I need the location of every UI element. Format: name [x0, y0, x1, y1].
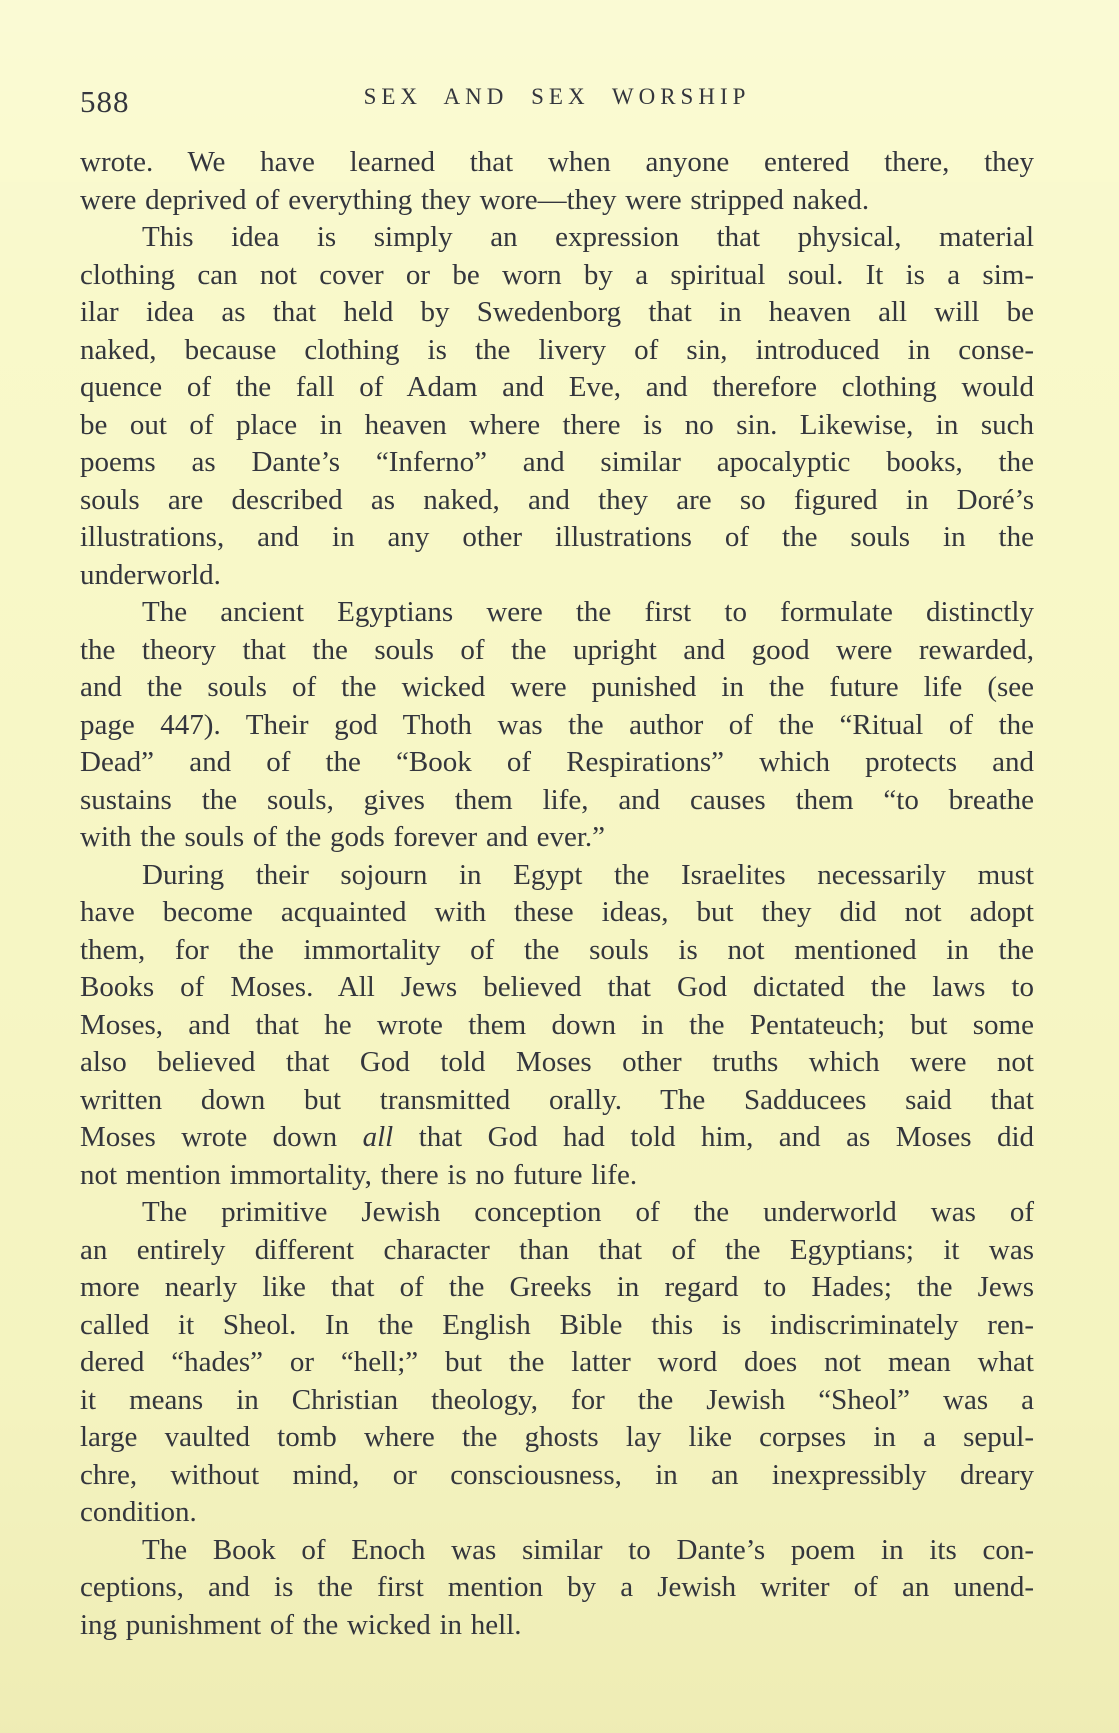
- text-line: quence of the fall of Adam and Eve, and …: [80, 369, 1034, 407]
- text-line: and the souls of the wicked were punishe…: [80, 669, 1034, 707]
- page-header: 588 SEX AND SEX WORSHIP: [80, 84, 1034, 122]
- text-line: chre, without mind, or consciousness, in…: [80, 1457, 1034, 1495]
- paragraph: wrote. We have learned that when anyone …: [80, 144, 1034, 219]
- text-line: with the souls of the gods forever and e…: [80, 819, 1034, 857]
- text-line: written down but transmitted orally. The…: [80, 1082, 1034, 1120]
- text-line: an entirely different character than tha…: [80, 1232, 1034, 1270]
- text-line: naked, because clothing is the livery of…: [80, 332, 1034, 370]
- text-line: wrote. We have learned that when anyone …: [80, 144, 1034, 182]
- text-line: During their sojourn in Egypt the Israel…: [80, 857, 1034, 895]
- text-line: ilar idea as that held by Swedenborg tha…: [80, 294, 1034, 332]
- text-line: the theory that the souls of the upright…: [80, 632, 1034, 670]
- text-line: poems as Dante’s “Inferno” and similar a…: [80, 444, 1034, 482]
- text-line: them, for the immortality of the souls i…: [80, 932, 1034, 970]
- text-line: not mention immortality, there is no fut…: [80, 1157, 1034, 1195]
- text-line: underworld.: [80, 557, 1034, 595]
- text-line: be out of place in heaven where there is…: [80, 407, 1034, 445]
- text-line: souls are described as naked, and they a…: [80, 482, 1034, 520]
- paragraph: During their sojourn in Egypt the Israel…: [80, 857, 1034, 1195]
- text-line: Moses wrote down all that God had told h…: [80, 1119, 1034, 1157]
- text-line: have become acquainted with these ideas,…: [80, 894, 1034, 932]
- text-line: ing punishment of the wicked in hell.: [80, 1607, 1034, 1645]
- running-title: SEX AND SEX WORSHIP: [80, 84, 1034, 110]
- paragraph: The primitive Jewish conception of the u…: [80, 1194, 1034, 1532]
- text-line: called it Sheol. In the English Bible th…: [80, 1307, 1034, 1345]
- paragraph: The Book of Enoch was similar to Dante’s…: [80, 1532, 1034, 1645]
- text-line: condition.: [80, 1494, 1034, 1532]
- text-line: large vaulted tomb where the ghosts lay …: [80, 1419, 1034, 1457]
- text-line: Books of Moses. All Jews believed that G…: [80, 969, 1034, 1007]
- text-line: illustrations, and in any other illustra…: [80, 519, 1034, 557]
- text-line: Dead” and of the “Book of Respirations” …: [80, 744, 1034, 782]
- book-page: 588 SEX AND SEX WORSHIP wrote. We have l…: [0, 0, 1119, 1733]
- text-line: also believed that God told Moses other …: [80, 1044, 1034, 1082]
- text-line: This idea is simply an expression that p…: [80, 219, 1034, 257]
- text-line: were deprived of everything they wore—th…: [80, 182, 1034, 220]
- text-line: clothing can not cover or be worn by a s…: [80, 257, 1034, 295]
- text-line: page 447). Their god Thoth was the autho…: [80, 707, 1034, 745]
- text-line: Moses, and that he wrote them down in th…: [80, 1007, 1034, 1045]
- text-line: The ancient Egyptians were the first to …: [80, 594, 1034, 632]
- text-line: more nearly like that of the Greeks in r…: [80, 1269, 1034, 1307]
- text-line: sustains the souls, gives them life, and…: [80, 782, 1034, 820]
- text-line: The Book of Enoch was similar to Dante’s…: [80, 1532, 1034, 1570]
- text-line: The primitive Jewish conception of the u…: [80, 1194, 1034, 1232]
- text-line: ceptions, and is the first mention by a …: [80, 1569, 1034, 1607]
- text-line: it means in Christian theology, for the …: [80, 1382, 1034, 1420]
- text-line: dered “hades” or “hell;” but the latter …: [80, 1344, 1034, 1382]
- paragraph: The ancient Egyptians were the first to …: [80, 594, 1034, 857]
- page-body: wrote. We have learned that when anyone …: [80, 144, 1034, 1644]
- paragraph: This idea is simply an expression that p…: [80, 219, 1034, 594]
